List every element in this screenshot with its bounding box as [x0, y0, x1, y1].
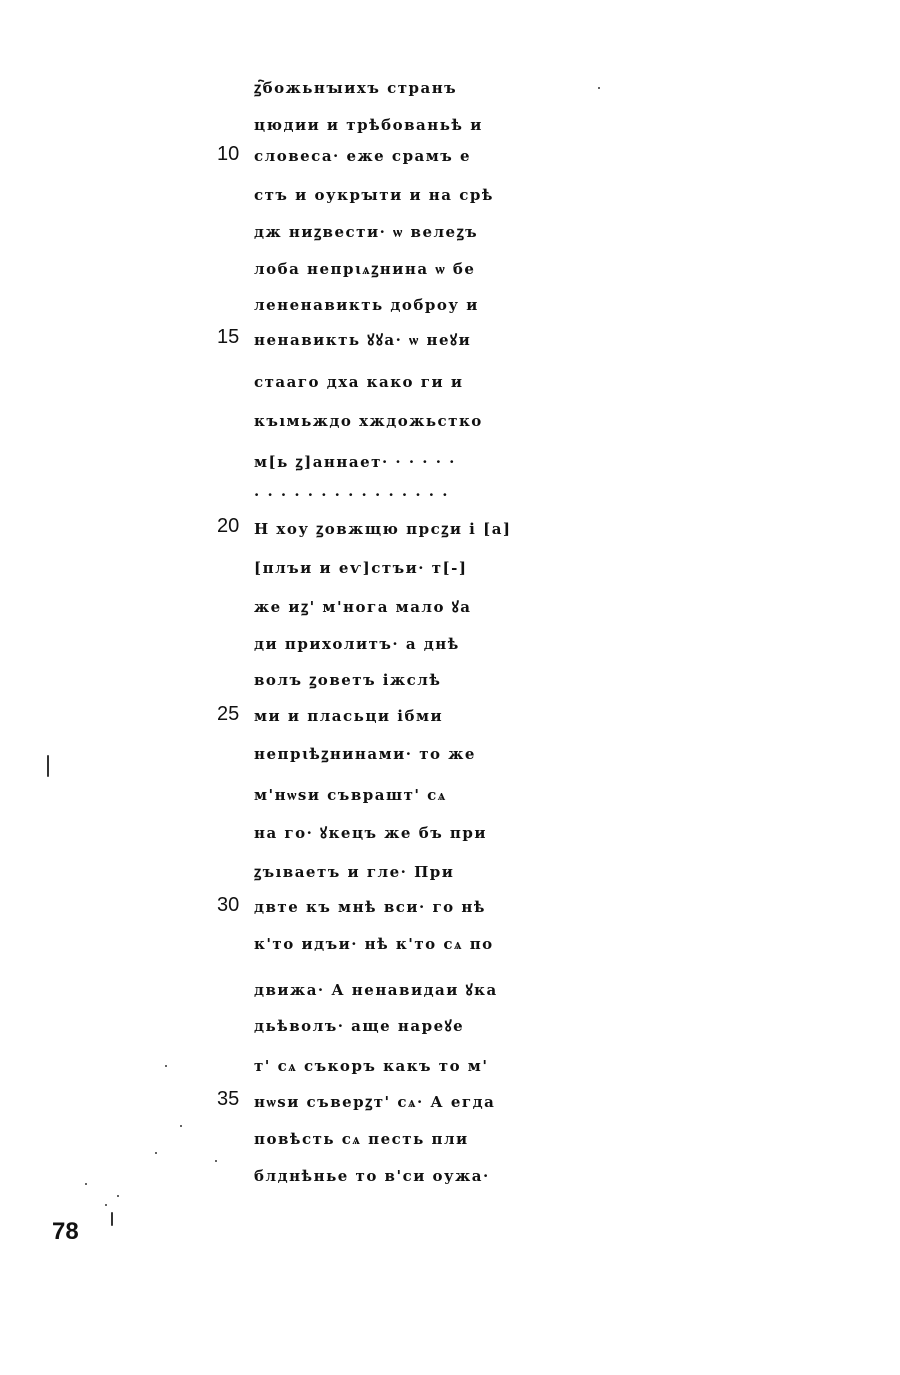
text-line: двте къ мнѣ вси· го нѣ — [254, 898, 486, 916]
text-line: лоба непрꙇѧꙁнина ѡ бе — [254, 259, 475, 279]
text-line: движа· А ненавидаи ꙋка — [254, 980, 498, 1000]
text-line: волъ ꙁоветъ іжслѣ — [254, 670, 441, 690]
text-line: т' сѧ съкоръ какъ то м' — [254, 1057, 488, 1076]
text-line: нѡѕи съверꙁт' сѧ· А егда — [254, 1092, 495, 1112]
text-line: ꙁъıваетъ и гле· При — [254, 862, 454, 882]
line-number: 25 — [217, 703, 239, 726]
text-line: цюдии и трѣбованьѣ и — [254, 116, 483, 134]
line-number: 20 — [217, 515, 239, 538]
text-line: къıмьждо хждожьстко — [254, 412, 483, 430]
text-line: [плъи и еѵ]стъи· т[-] — [254, 559, 467, 577]
text-line: лененавикть доброу и — [254, 296, 479, 314]
text-line: ненавикть ꙋꙋа· ѡ неꙋи — [254, 330, 471, 350]
text-line: дж ниꙁвести· ѡ велеꙁъ — [254, 222, 478, 242]
page-number: 78 — [52, 1218, 79, 1246]
text-line: ди прихолитъ· а днѣ — [254, 635, 460, 653]
text-line: ми и пласьци ібми — [254, 707, 443, 725]
text-line: же иꙁ' м'нога мало ꙋа — [254, 597, 471, 617]
text-line: дьѣволъ· аще нареꙋе — [254, 1016, 464, 1036]
line-number: 15 — [217, 326, 239, 349]
text-line: непрꙇѣꙁнинами· то же — [254, 744, 476, 764]
text-line: м[ь ꙁ]аннает· · · · · · — [254, 452, 456, 472]
text-line: ꙁ҇божьнꙑихъ странъ — [254, 78, 457, 98]
line-number: 30 — [217, 894, 239, 917]
text-line: словеса· еже срамъ е — [254, 147, 471, 165]
text-line: м'нѡѕи съврашт' сѧ — [254, 786, 447, 805]
text-line: повѣсть сѧ песть пли — [254, 1130, 469, 1149]
text-line: стъ и оукрꙑти и на срѣ — [254, 186, 494, 204]
text-line: к'то идъи· нѣ к'то сѧ по — [254, 935, 494, 954]
text-line: блднѣнье то в'си оужа· — [254, 1167, 490, 1185]
text-line: Н хоу ꙁовжщю прсꙁи і [а] — [254, 519, 512, 539]
text-line: · · · · · · · · · · · · · · · — [254, 486, 449, 504]
line-number: 10 — [217, 143, 239, 166]
text-line: стааго дха како ги и — [254, 373, 463, 391]
line-number: 35 — [217, 1088, 239, 1111]
text-line: на го· ꙋкецъ же бъ при — [254, 823, 487, 843]
